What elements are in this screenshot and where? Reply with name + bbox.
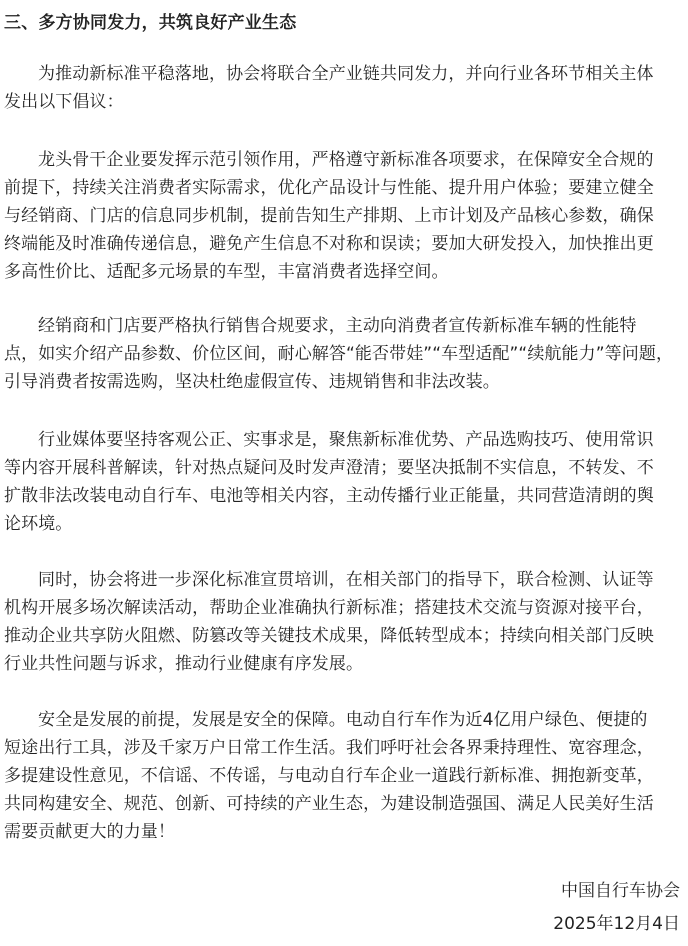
text-line: 引导消费者按需选购，坚决杜绝虚假宣传、违规销售和非法改装。 [4, 368, 686, 396]
text-line: 扩散非法改装电动自行车、电池等相关内容，主动传播行业正能量，共同营造清朗的舆 [4, 482, 686, 510]
text-line: 点，如实介绍产品参数、价位区间，耐心解答“能否带娃”“车型适配”“续航能力”等问… [4, 340, 686, 368]
text-line: 机构开展多场次解读活动，帮助企业准确执行新标准；搭建技术交流与资源对接平台， [4, 594, 686, 622]
text-line: 终端能及时准确传递信息，避免产生信息不对称和误读；要加大研发投入，加快推出更 [4, 230, 686, 258]
signature-organization: 中国自行车协会 [561, 879, 680, 903]
text-line: 共同构建安全、规范、创新、可持续的产业生态，为建设制造强国、满足人民美好生活 [4, 790, 686, 818]
text-line: 论环境。 [4, 510, 686, 538]
text-line: 多提建设性意见，不信谣、不传谣，与电动自行车企业一道践行新标准、拥抱新变革， [4, 762, 686, 790]
text-line: 多高性价比、适配多元场景的车型，丰富消费者选择空间。 [4, 258, 686, 286]
text-line: 同时，协会将进一步深化标准宣贯培训，在相关部门的指导下，联合检测、认证等 [4, 566, 686, 594]
text-line: 发出以下倡议： [4, 88, 686, 116]
text-line: 行业共性问题与诉求，推动行业健康有序发展。 [4, 650, 686, 678]
paragraph-safety-appeal: 安全是发展的前提，发展是安全的保障。电动自行车作为近4亿用户绿色、便捷的 短途出… [4, 706, 686, 846]
text-line: 等内容开展科普解读，针对热点疑问及时发声澄清；要坚决抵制不实信息，不转发、不 [4, 454, 686, 482]
text-line: 短途出行工具，涉及千家万户日常工作生活。我们呼吁社会各界秉持理性、宽容理念， [4, 734, 686, 762]
text-line: 与经销商、门店的信息同步机制，提前告知生产排期、上市计划及产品核心参数，确保 [4, 202, 686, 230]
paragraph-industry-media: 行业媒体要坚持客观公正、实事求是，聚焦新标准优势、产品选购技巧、使用常识 等内容… [4, 426, 686, 538]
paragraph-dealers-stores: 经销商和门店要严格执行销售合规要求，主动向消费者宣传新标准车辆的性能特 点，如实… [4, 312, 686, 396]
text-line: 前提下，持续关注消费者实际需求，优化产品设计与性能、提升用户体验；要建立健全 [4, 174, 686, 202]
signature-date: 2025年12月4日 [553, 912, 680, 936]
paragraph-initiative-intro: 为推动新标准平稳落地，协会将联合全产业链共同发力，并向行业各环节相关主体 发出以… [4, 60, 686, 116]
section-heading: 三、多方协同发力，共筑良好产业生态 [4, 11, 296, 35]
text-line: 安全是发展的前提，发展是安全的保障。电动自行车作为近4亿用户绿色、便捷的 [4, 706, 686, 734]
text-line: 经销商和门店要严格执行销售合规要求，主动向消费者宣传新标准车辆的性能特 [4, 312, 686, 340]
paragraph-association-actions: 同时，协会将进一步深化标准宣贯培训，在相关部门的指导下，联合检测、认证等 机构开… [4, 566, 686, 678]
text-line: 推动企业共享防火阻燃、防篡改等关键技术成果，降低转型成本；持续向相关部门反映 [4, 622, 686, 650]
text-line: 需要贡献更大的力量！ [4, 818, 686, 846]
document: 三、多方协同发力，共筑良好产业生态 为推动新标准平稳落地，协会将联合全产业链共同… [0, 0, 688, 946]
paragraph-leading-enterprises: 龙头骨干企业要发挥示范引领作用，严格遵守新标准各项要求，在保障安全合规的 前提下… [4, 146, 686, 286]
text-line: 行业媒体要坚持客观公正、实事求是，聚焦新标准优势、产品选购技巧、使用常识 [4, 426, 686, 454]
text-line: 龙头骨干企业要发挥示范引领作用，严格遵守新标准各项要求，在保障安全合规的 [4, 146, 686, 174]
text-line: 为推动新标准平稳落地，协会将联合全产业链共同发力，并向行业各环节相关主体 [4, 60, 686, 88]
